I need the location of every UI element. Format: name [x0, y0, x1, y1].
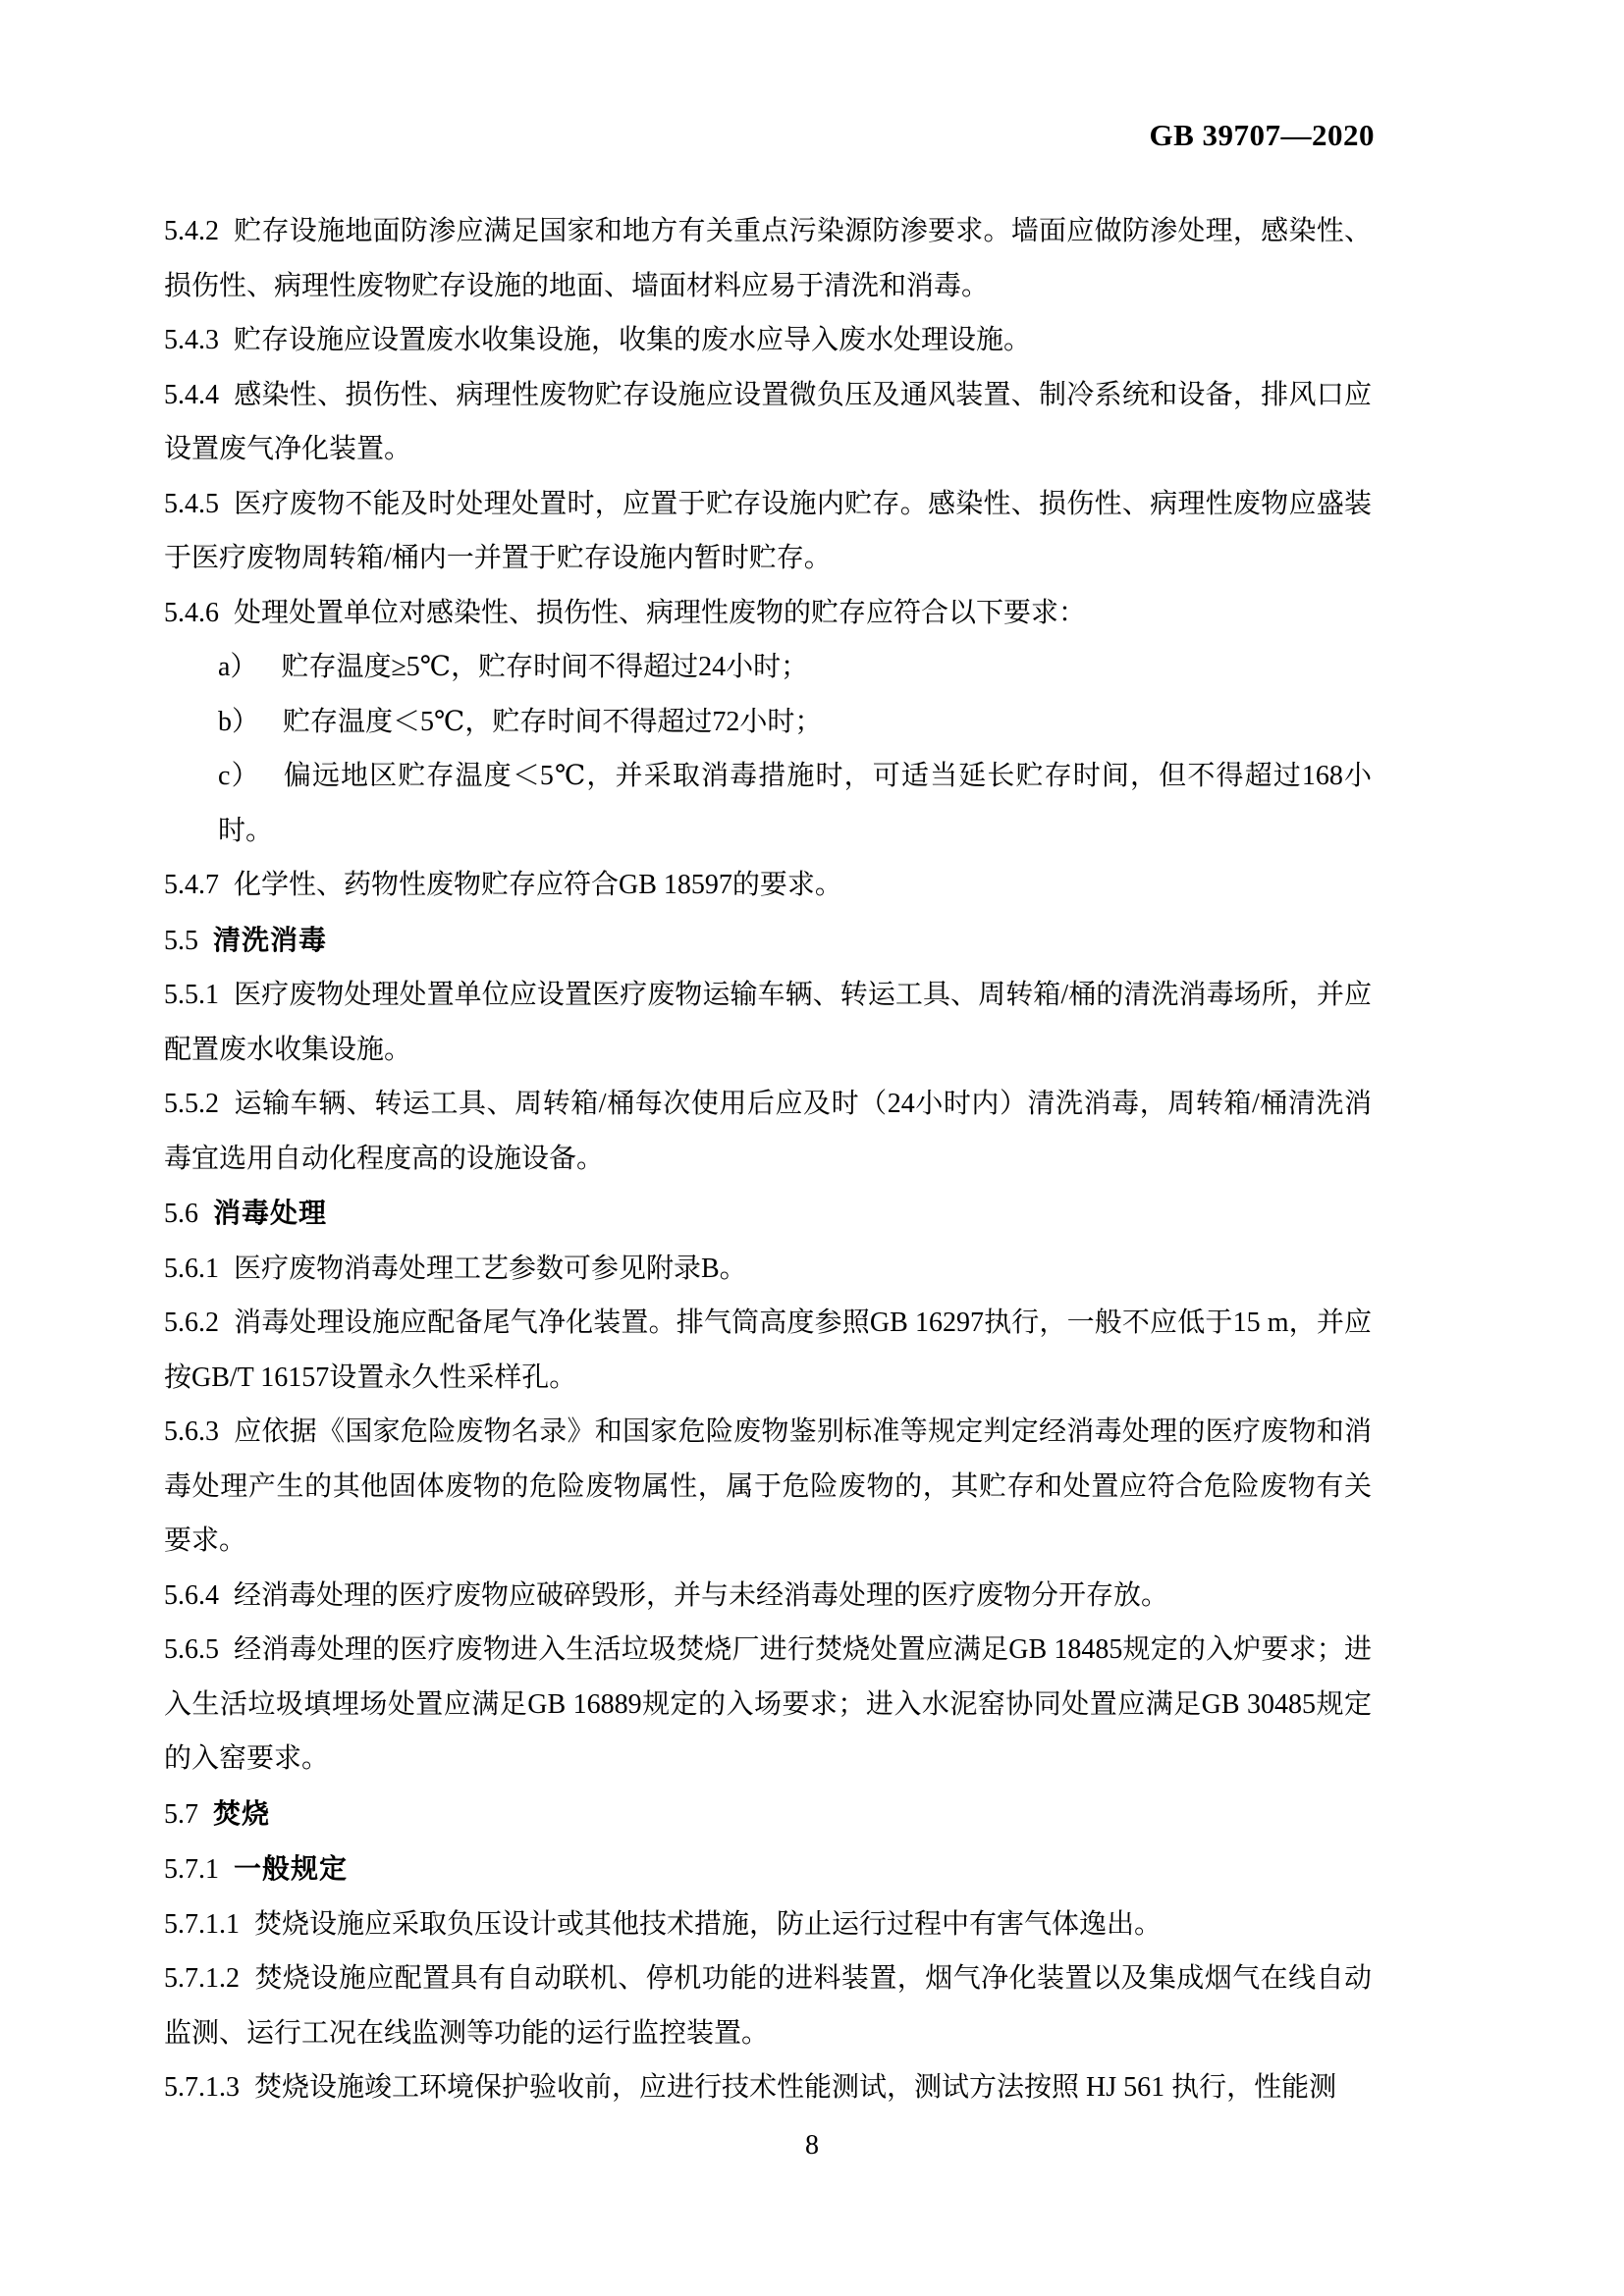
clause-number: 5.7.1.2 [164, 1963, 240, 1994]
clause-text: 贮存设施地面防渗应满足国家和地方有关重点污染源防渗要求。墙面应做防渗处理，感染性… [164, 216, 1372, 301]
clause-paragraph: 5.6.4经消毒处理的医疗废物应破碎毁形，并与未经消毒处理的医疗废物分开存放。 [164, 1569, 1372, 1624]
clause-text: 消毒处理 [213, 1198, 327, 1228]
clause-number: 5.5.2 [164, 1089, 219, 1119]
clause-number: 5.6.2 [164, 1308, 219, 1338]
clause-number: 5.7.1.1 [164, 1909, 240, 1940]
clause-text: 应依据《国家危险废物名录》和国家危险废物鉴别标准等规定判定经消毒处理的医疗废物和… [164, 1416, 1372, 1556]
clause-paragraph: 5.7.1.1焚烧设施应采取负压设计或其他技术措施，防止运行过程中有害气体逸出。 [164, 1897, 1372, 1952]
standard-number: GB 39707—2020 [1149, 118, 1375, 152]
clause-number: 5.6.5 [164, 1634, 219, 1665]
clause-number: 5.4.4 [164, 380, 219, 410]
page-number: 8 [805, 2130, 819, 2161]
clause-paragraph: 5.4.6处理处置单位对感染性、损伤性、病理性废物的贮存应符合以下要求： [164, 586, 1372, 641]
clause-number: 5.5.1 [164, 980, 219, 1010]
clause-paragraph: 5.5.1医疗废物处理处置单位应设置医疗废物运输车辆、转运工具、周转箱/桶的清洗… [164, 968, 1372, 1077]
clause-paragraph: 5.6.3应依据《国家危险废物名录》和国家危险废物鉴别标准等规定判定经消毒处理的… [164, 1405, 1372, 1569]
clause-text: 贮存设施应设置废水收集设施，收集的废水应导入废水处理设施。 [234, 325, 1031, 355]
section-heading: 5.7.1一般规定 [164, 1842, 1372, 1897]
section-heading: 5.5清洗消毒 [164, 913, 1372, 969]
section-heading: 5.7焚烧 [164, 1787, 1372, 1842]
clause-text: 消毒处理设施应配备尾气净化装置。排气筒高度参照GB 16297执行，一般不应低于… [164, 1308, 1372, 1393]
clause-number: 5.7.1 [164, 1854, 219, 1885]
clause-paragraph: 5.6.5经消毒处理的医疗废物进入生活垃圾焚烧厂进行焚烧处置应满足GB 1848… [164, 1623, 1372, 1787]
clause-paragraph: 5.6.1医疗废物消毒处理工艺参数可参见附录B。 [164, 1242, 1372, 1297]
list-item: c）偏远地区贮存温度＜5℃，并采取消毒措施时，可适当延长贮存时间，但不得超过16… [164, 749, 1372, 858]
document-body: 5.4.2贮存设施地面防渗应满足国家和地方有关重点污染源防渗要求。墙面应做防渗处… [164, 204, 1372, 2115]
clause-text: 偏远地区贮存温度＜5℃，并采取消毒措施时，可适当延长贮存时间，但不得超过168小… [218, 761, 1372, 846]
clause-number: 5.4.7 [164, 870, 219, 900]
clause-number: 5.7 [164, 1799, 198, 1830]
clause-number: 5.4.5 [164, 489, 219, 519]
list-item: a）贮存温度≥5℃，贮存时间不得超过24小时； [164, 640, 1372, 695]
clause-number: c） [218, 761, 260, 791]
clause-text: 贮存温度＜5℃，贮存时间不得超过72小时； [283, 707, 822, 737]
clause-text: 医疗废物处理处置单位应设置医疗废物运输车辆、转运工具、周转箱/桶的清洗消毒场所，… [164, 980, 1372, 1065]
clause-text: 贮存温度≥5℃，贮存时间不得超过24小时； [281, 652, 808, 682]
clause-number: 5.4.2 [164, 216, 219, 246]
clause-number: 5.4.3 [164, 325, 219, 355]
clause-text: 化学性、药物性废物贮存应符合GB 18597的要求。 [234, 870, 842, 900]
clause-text: 医疗废物不能及时处理处置时，应置于贮存设施内贮存。感染性、损伤性、病理性废物应盛… [164, 489, 1372, 574]
clause-number: 5.4.6 [164, 598, 219, 628]
clause-paragraph: 5.4.3贮存设施应设置废水收集设施，收集的废水应导入废水处理设施。 [164, 313, 1372, 368]
clause-text: 感染性、损伤性、病理性废物贮存设施应设置微负压及通风装置、制冷系统和设备，排风口… [164, 380, 1372, 465]
clause-text: 一般规定 [234, 1853, 348, 1884]
clause-number: 5.6 [164, 1199, 198, 1229]
clause-number: b） [218, 707, 259, 737]
clause-number: 5.6.1 [164, 1254, 219, 1284]
clause-paragraph: 5.4.2贮存设施地面防渗应满足国家和地方有关重点污染源防渗要求。墙面应做防渗处… [164, 204, 1372, 313]
clause-number: 5.6.4 [164, 1580, 219, 1611]
page-footer: 8 [0, 2118, 1624, 2172]
clause-text: 焚烧设施竣工环境保护验收前，应进行技术性能测试，测试方法按照 HJ 561 执行… [254, 2072, 1336, 2103]
clause-text: 焚烧 [213, 1798, 270, 1829]
clause-number: 5.7.1.3 [164, 2072, 240, 2103]
clause-text: 处理处置单位对感染性、损伤性、病理性废物的贮存应符合以下要求： [234, 598, 1086, 628]
section-heading: 5.6消毒处理 [164, 1186, 1372, 1242]
clause-text: 医疗废物消毒处理工艺参数可参见附录B。 [234, 1254, 747, 1284]
document-page: GB 39707—2020 5.4.2贮存设施地面防渗应满足国家和地方有关重点污… [0, 0, 1624, 2296]
clause-number: 5.5 [164, 926, 198, 956]
clause-text: 经消毒处理的医疗废物应破碎毁形，并与未经消毒处理的医疗废物分开存放。 [234, 1580, 1168, 1611]
clause-paragraph: 5.7.1.2焚烧设施应配置具有自动联机、停机功能的进料装置，烟气净化装置以及集… [164, 1951, 1372, 2060]
clause-paragraph: 5.4.7化学性、药物性废物贮存应符合GB 18597的要求。 [164, 858, 1372, 913]
clause-number: 5.6.3 [164, 1416, 219, 1447]
clause-text: 焚烧设施应配置具有自动联机、停机功能的进料装置，烟气净化装置以及集成烟气在线自动… [164, 1963, 1372, 2049]
clause-number: a） [218, 652, 257, 682]
clause-paragraph: 5.4.5医疗废物不能及时处理处置时，应置于贮存设施内贮存。感染性、损伤性、病理… [164, 477, 1372, 586]
list-item: b）贮存温度＜5℃，贮存时间不得超过72小时； [164, 695, 1372, 750]
clause-text: 运输车辆、转运工具、周转箱/桶每次使用后应及时（24小时内）清洗消毒，周转箱/桶… [164, 1089, 1372, 1174]
clause-paragraph: 5.7.1.3焚烧设施竣工环境保护验收前，应进行技术性能测试，测试方法按照 HJ… [164, 2060, 1372, 2115]
clause-paragraph: 5.5.2运输车辆、转运工具、周转箱/桶每次使用后应及时（24小时内）清洗消毒，… [164, 1077, 1372, 1186]
clause-paragraph: 5.6.2消毒处理设施应配备尾气净化装置。排气筒高度参照GB 16297执行，一… [164, 1296, 1372, 1405]
clause-text: 清洗消毒 [213, 925, 327, 955]
clause-text: 焚烧设施应采取负压设计或其他技术措施，防止运行过程中有害气体逸出。 [254, 1909, 1162, 1940]
page-header: GB 39707—2020 [0, 118, 1375, 153]
clause-text: 经消毒处理的医疗废物进入生活垃圾焚烧厂进行焚烧处置应满足GB 18485规定的入… [164, 1634, 1372, 1774]
clause-paragraph: 5.4.4感染性、损伤性、病理性废物贮存设施应设置微负压及通风装置、制冷系统和设… [164, 368, 1372, 477]
